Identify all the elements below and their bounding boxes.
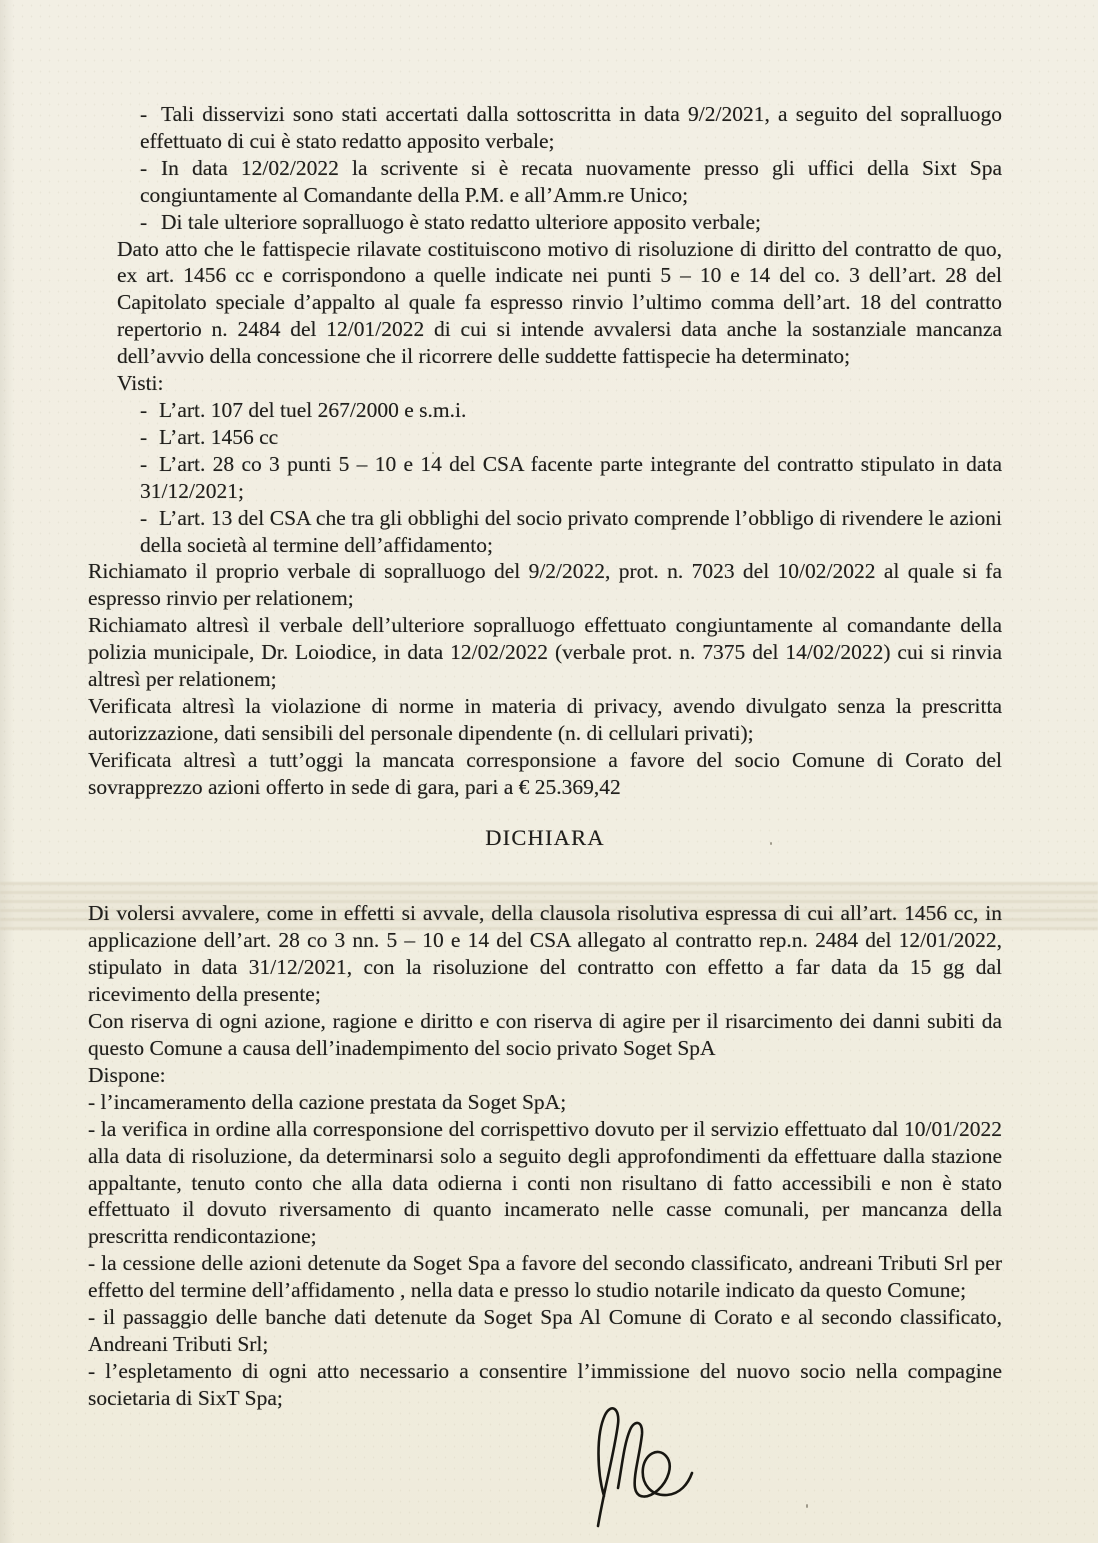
scanned-document-page: -Tali disservizi sono stati accertati da… xyxy=(0,0,1098,1543)
visti-item-text: L’art. 107 del tuel 267/2000 e s.m.i. xyxy=(159,398,466,422)
scan-speck xyxy=(806,1504,808,1508)
bullet-dash: - xyxy=(140,155,161,182)
premise-item-text: Di tale ulteriore sopralluogo è stato re… xyxy=(161,210,761,234)
bullet-dash: - xyxy=(140,101,161,128)
document-body: -Tali disservizi sono stati accertati da… xyxy=(88,101,1002,1412)
recital-paragraph: Verificata altresì la violazione di norm… xyxy=(88,693,1002,747)
dispone-item: - l’incameramento della cazione prestata… xyxy=(88,1089,1002,1116)
dato-atto-paragraph: Dato atto che le fattispecie rilavate co… xyxy=(117,236,1002,371)
recital-paragraph: Verificata altresì a tutt’oggi la mancat… xyxy=(88,747,1002,801)
premise-item-text: In data 12/02/2022 la scrivente si è rec… xyxy=(140,156,1002,207)
visti-item: -L’art. 13 del CSA che tra gli obblighi … xyxy=(140,505,1002,559)
visti-item: -L’art. 1456 cc xyxy=(140,424,1002,451)
bullet-dash: - xyxy=(140,397,159,424)
scan-edge-shadow xyxy=(0,0,14,1543)
visti-item-text: L’art. 13 del CSA che tra gli obblighi d… xyxy=(140,506,1002,557)
dichiara-heading: DICHIARA xyxy=(88,825,1002,852)
visti-item-text: L’art. 1456 cc xyxy=(159,425,278,449)
declaration-paragraph: Con riserva di ogni azione, ragione e di… xyxy=(88,1008,1002,1062)
declaration-paragraph: Di volersi avvalere, come in effetti si … xyxy=(88,900,1002,1008)
dispone-item: - la cessione delle azioni detenute da S… xyxy=(88,1250,1002,1304)
dispone-item: - la verifica in ordine alla corresponsi… xyxy=(88,1116,1002,1251)
dispone-label: Dispone: xyxy=(88,1062,1002,1089)
premise-item: -Tali disservizi sono stati accertati da… xyxy=(140,101,1002,155)
visti-item: -L’art. 107 del tuel 267/2000 e s.m.i. xyxy=(140,397,1002,424)
visti-label: Visti: xyxy=(117,370,1002,397)
bullet-dash: - xyxy=(140,451,159,478)
recital-paragraph: Richiamato altresì il verbale dell’ulter… xyxy=(88,612,1002,693)
premise-item: -Di tale ulteriore sopralluogo è stato r… xyxy=(140,209,1002,236)
premise-item-text: Tali disservizi sono stati accertati dal… xyxy=(140,102,1002,153)
recital-paragraph: Richiamato il proprio verbale di soprall… xyxy=(88,558,1002,612)
handwritten-signature-icon xyxy=(538,1396,723,1538)
premise-item: -In data 12/02/2022 la scrivente si è re… xyxy=(140,155,1002,209)
bullet-dash: - xyxy=(140,505,159,532)
bullet-dash: - xyxy=(140,424,159,451)
bullet-dash: - xyxy=(140,209,161,236)
visti-item-text: L’art. 28 co 3 punti 5 – 10 e 14 del CSA… xyxy=(140,452,1002,503)
visti-item: -L’art. 28 co 3 punti 5 – 10 e 14 del CS… xyxy=(140,451,1002,505)
dispone-item: - il passaggio delle banche dati detenut… xyxy=(88,1304,1002,1358)
